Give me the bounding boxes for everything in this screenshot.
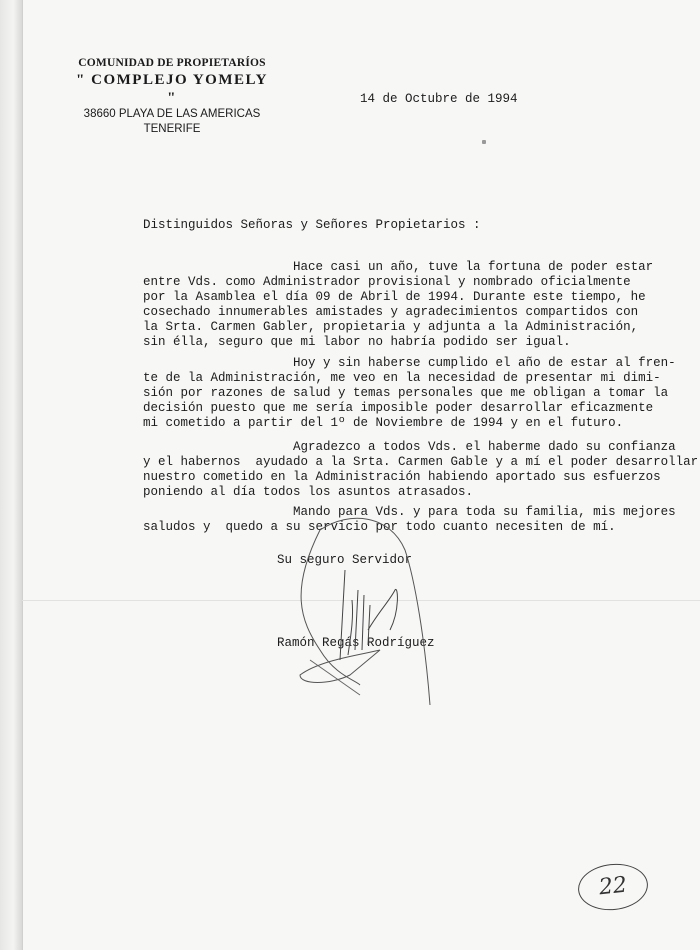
body-paragraph-2: Hoy y sin haberse cumplido el año de est… <box>143 356 700 431</box>
page-edge <box>0 0 22 950</box>
body-paragraph-3: Agradezco a todos Vds. el haberme dado s… <box>143 440 700 500</box>
letterhead: COMUNIDAD DE PROPIETARÍOS " COMPLEJO YOM… <box>72 56 272 137</box>
handwritten-signature-icon <box>280 510 470 710</box>
letterhead-city: TENERIFE <box>72 122 272 137</box>
body-paragraph-1: Hace casi un año, tuve la fortuna de pod… <box>143 260 700 350</box>
salutation: Distinguidos Señoras y Señores Propietar… <box>143 218 481 232</box>
letterhead-organization: COMUNIDAD DE PROPIETARÍOS <box>72 56 272 71</box>
letterhead-address: 38660 PLAYA DE LAS AMERICAS <box>72 107 272 122</box>
letter-date: 14 de Octubre de 1994 <box>360 92 518 106</box>
paper-speck <box>482 140 486 144</box>
letterhead-name: " COMPLEJO YOMELY " <box>72 71 272 107</box>
